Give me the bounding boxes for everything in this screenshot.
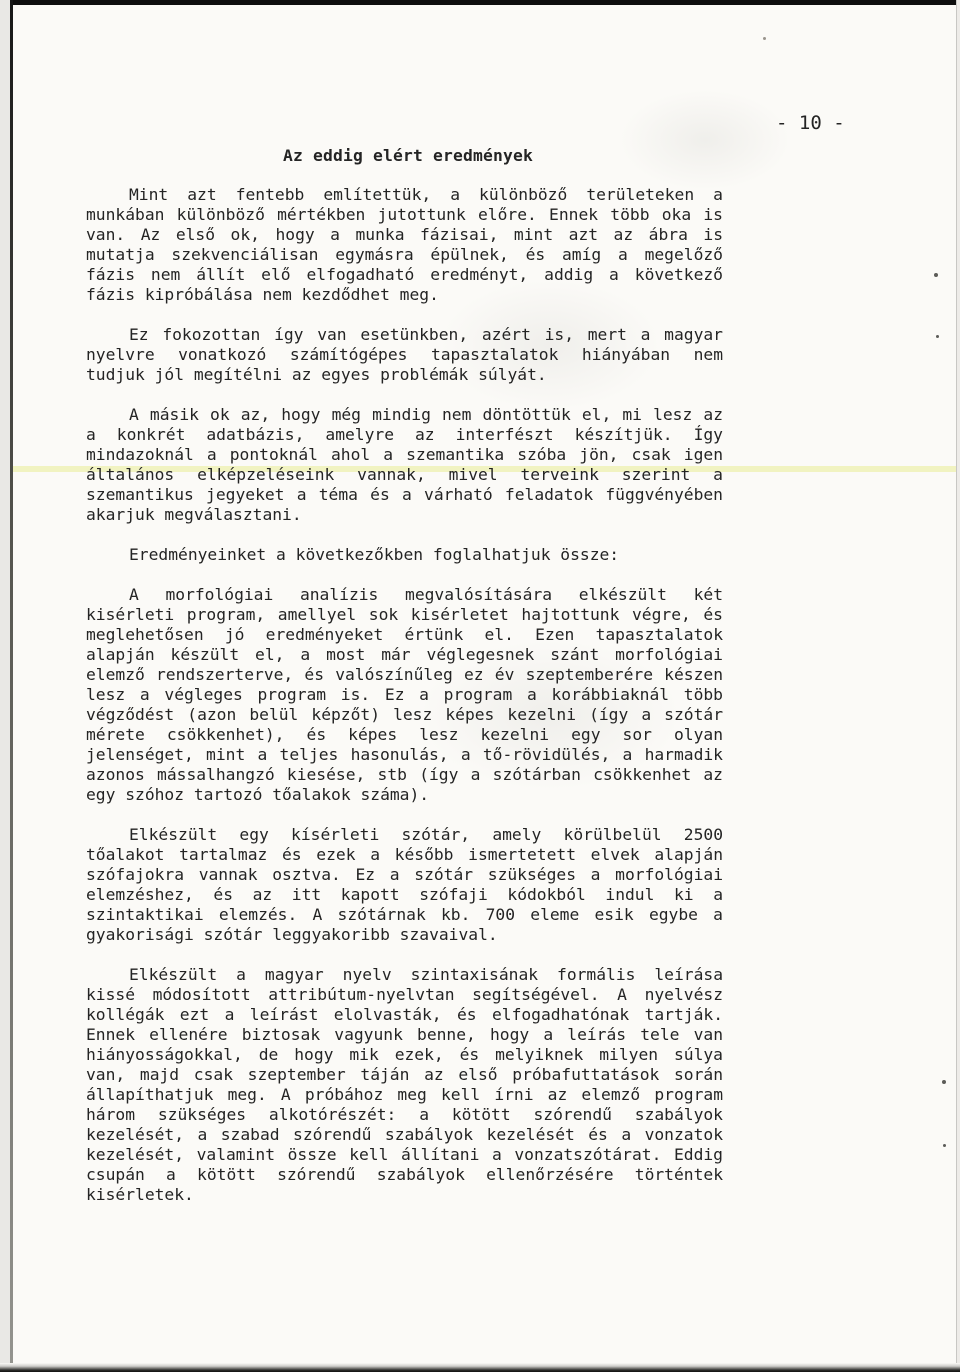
text-line: meglehetősen jó eredményeket értünk el. … [86, 625, 723, 645]
paragraphs-container: Mint azt fentebb említettük, a különböző… [86, 185, 723, 1205]
text-line: tudjuk jól megítélni az egyes problémák … [86, 365, 723, 385]
text-line: Elkészült egy kísérleti szótár, amely kö… [86, 825, 723, 845]
text-line: kisérleti program, amellyel sok kisérlet… [86, 605, 723, 625]
text-line: kezelését, a szabad szórendű szabályok k… [86, 1125, 723, 1145]
section-title: Az eddig elért eredmények [283, 146, 723, 166]
paragraph: Elkészült a magyar nyelv szintaxisának f… [86, 965, 723, 1205]
ink-speck [934, 273, 938, 277]
text-line: állapíthatjuk meg. A próbához meg kell í… [86, 1085, 723, 1105]
text-line: Elkészült a magyar nyelv szintaxisának f… [86, 965, 723, 985]
scan-edge-left [0, 0, 10, 1372]
ink-speck [943, 1144, 946, 1147]
text-line: mindazoknál a pontoknál ahol a szemantik… [86, 445, 723, 465]
text-line: alapján készült el, a most már véglegesn… [86, 645, 723, 665]
text-line: akarjuk megválasztani. [86, 505, 723, 525]
text-line: elemző rendszerterve, és valószínűleg ez… [86, 665, 723, 685]
text-line: mutatja szekvenciálisan egymásra épülnek… [86, 245, 723, 265]
paragraph: Eredményeinket a következőkben foglalhat… [86, 545, 723, 565]
text-line: Mint azt fentebb említettük, a különböző… [86, 185, 723, 205]
text-line: kollégák ezt a leírást elolvasták, és el… [86, 1005, 723, 1025]
text-line: A morfológiai analízis megvalósítására e… [86, 585, 723, 605]
paragraph: Ez fokozottan így van esetünkben, azért … [86, 325, 723, 385]
text-line: csupán a kötött szórendű szabályok ellen… [86, 1165, 723, 1185]
text-line: fázis kipróbálása nem kezdődhet meg. [86, 285, 723, 305]
text-line: azonos mássalhangzó kiesése, stb (így a … [86, 765, 723, 785]
text-line: szintaktikai elemzés. A szótárnak kb. 70… [86, 905, 723, 925]
paragraph: A morfológiai analízis megvalósítására e… [86, 585, 723, 805]
text-line: van, majd csak szeptember táján az első … [86, 1065, 723, 1085]
scan-edge-left-line [10, 0, 13, 1372]
text-line: hiányosságokkal, de hogy mik ezek, és me… [86, 1045, 723, 1065]
scan-edge-top [0, 0, 960, 5]
page-number: - 10 - [776, 112, 845, 134]
text-line: egy szóhoz tartozó tőalakok száma). [86, 785, 723, 805]
text-line: munkában különböző mértékben jutottunk e… [86, 205, 723, 225]
text-line: Ennek ellenére biztosak vagyunk benne, h… [86, 1025, 723, 1045]
ink-speck [942, 1080, 946, 1084]
text-line: Eredményeinket a következőkben foglalhat… [86, 545, 723, 565]
text-line: a konkrét adatbázis, amelyre az interfés… [86, 425, 723, 445]
paragraph: Mint azt fentebb említettük, a különböző… [86, 185, 723, 305]
text-line: szemantikus jegyeket a téma és a várható… [86, 485, 723, 505]
text-line: nyelvre vonatkozó számítógépes tapasztal… [86, 345, 723, 365]
text-line: végződést (azon belül képzőt) lesz képes… [86, 705, 723, 725]
text-line: jelenséget, mint a teljes hasonulás, a t… [86, 745, 723, 765]
ink-speck [936, 335, 939, 338]
paragraph: A másik ok az, hogy még mindig nem döntö… [86, 405, 723, 525]
text-line: mérete csökkenhet), és képes lesz kezeln… [86, 725, 723, 745]
text-line: van. Az első ok, hogy a munka fázisai, m… [86, 225, 723, 245]
text-block: Az eddig elért eredmények Mint azt fente… [86, 146, 723, 1225]
text-line: három szükséges alkotórészét: a kötött s… [86, 1105, 723, 1125]
text-line: tőalakot tartalmaz és ezek a később isme… [86, 845, 723, 865]
text-line: lesz a végleges program is. Ez a program… [86, 685, 723, 705]
text-line: kissé módosított attribútum-nyelvtan seg… [86, 985, 723, 1005]
text-line: általános elképzeléseink vannak, mivel t… [86, 465, 723, 485]
text-line: A másik ok az, hogy még mindig nem döntö… [86, 405, 723, 425]
paragraph: Elkészült egy kísérleti szótár, amely kö… [86, 825, 723, 945]
text-line: Ez fokozottan így van esetünkben, azért … [86, 325, 723, 345]
scan-edge-bottom [0, 1363, 960, 1372]
document-page: - 10 - Az eddig elért eredmények Mint az… [0, 0, 960, 1372]
text-line: kezelését, valamint össze kell állítani … [86, 1145, 723, 1165]
text-line: fázis nem állít elő elfogadható eredmény… [86, 265, 723, 285]
text-line: elemzéshez, és az itt kapott szófaji kód… [86, 885, 723, 905]
text-line: gyakorisági szótár leggyakoribb szavaiva… [86, 925, 723, 945]
ink-speck [763, 37, 766, 40]
text-line: szófajokra vannak osztva. Ez a szótár sz… [86, 865, 723, 885]
text-line: kisérletek. [86, 1185, 723, 1205]
